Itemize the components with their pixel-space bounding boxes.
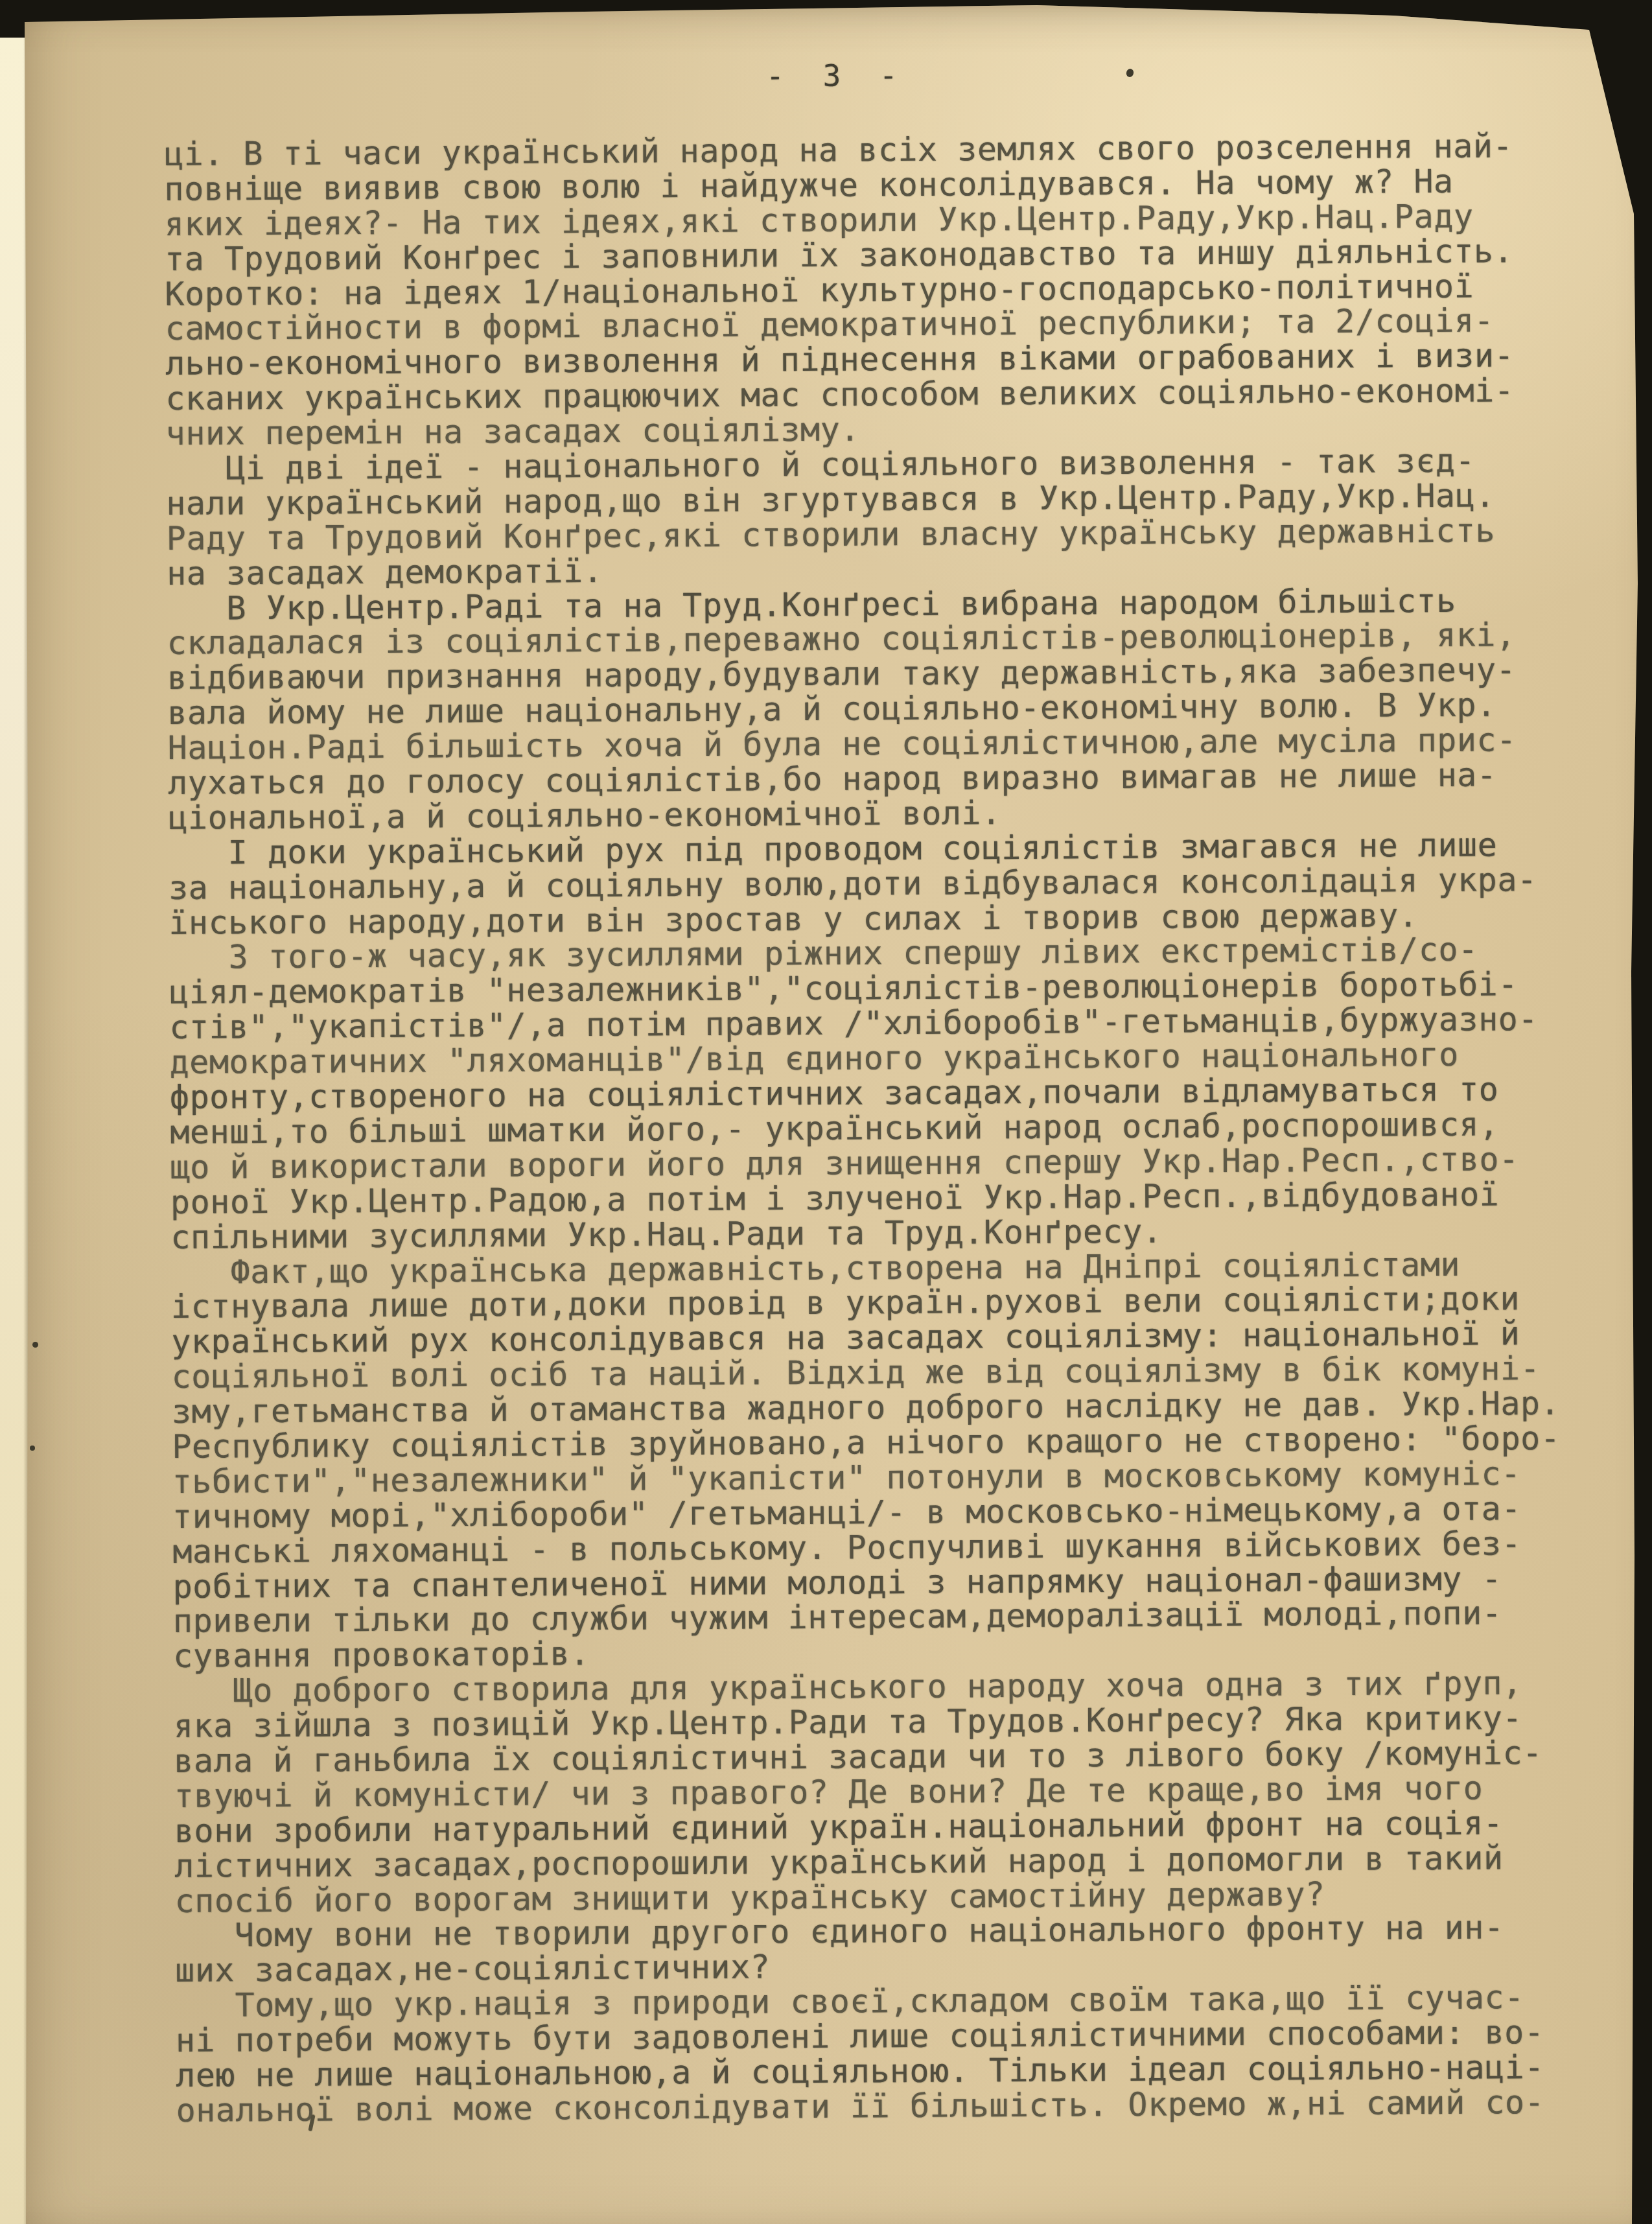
scanned-document-page: - 3 - ці. В ті часи український народ на… <box>0 0 1652 2224</box>
text-line: ональної волі може сконсолідувати її біл… <box>176 2085 1582 2129</box>
ink-speck <box>32 1342 38 1348</box>
underlying-page-edge <box>0 38 30 2224</box>
scan-skew-wrapper: - 3 - ці. В ті часи український народ на… <box>0 0 1652 2224</box>
ink-speck <box>30 1446 35 1451</box>
page-number: - 3 - <box>766 58 908 93</box>
paper-sheet: - 3 - ці. В ті часи український народ на… <box>0 0 1652 2224</box>
typewritten-text: ці. В ті часи український народ на всіх … <box>164 129 1583 2129</box>
